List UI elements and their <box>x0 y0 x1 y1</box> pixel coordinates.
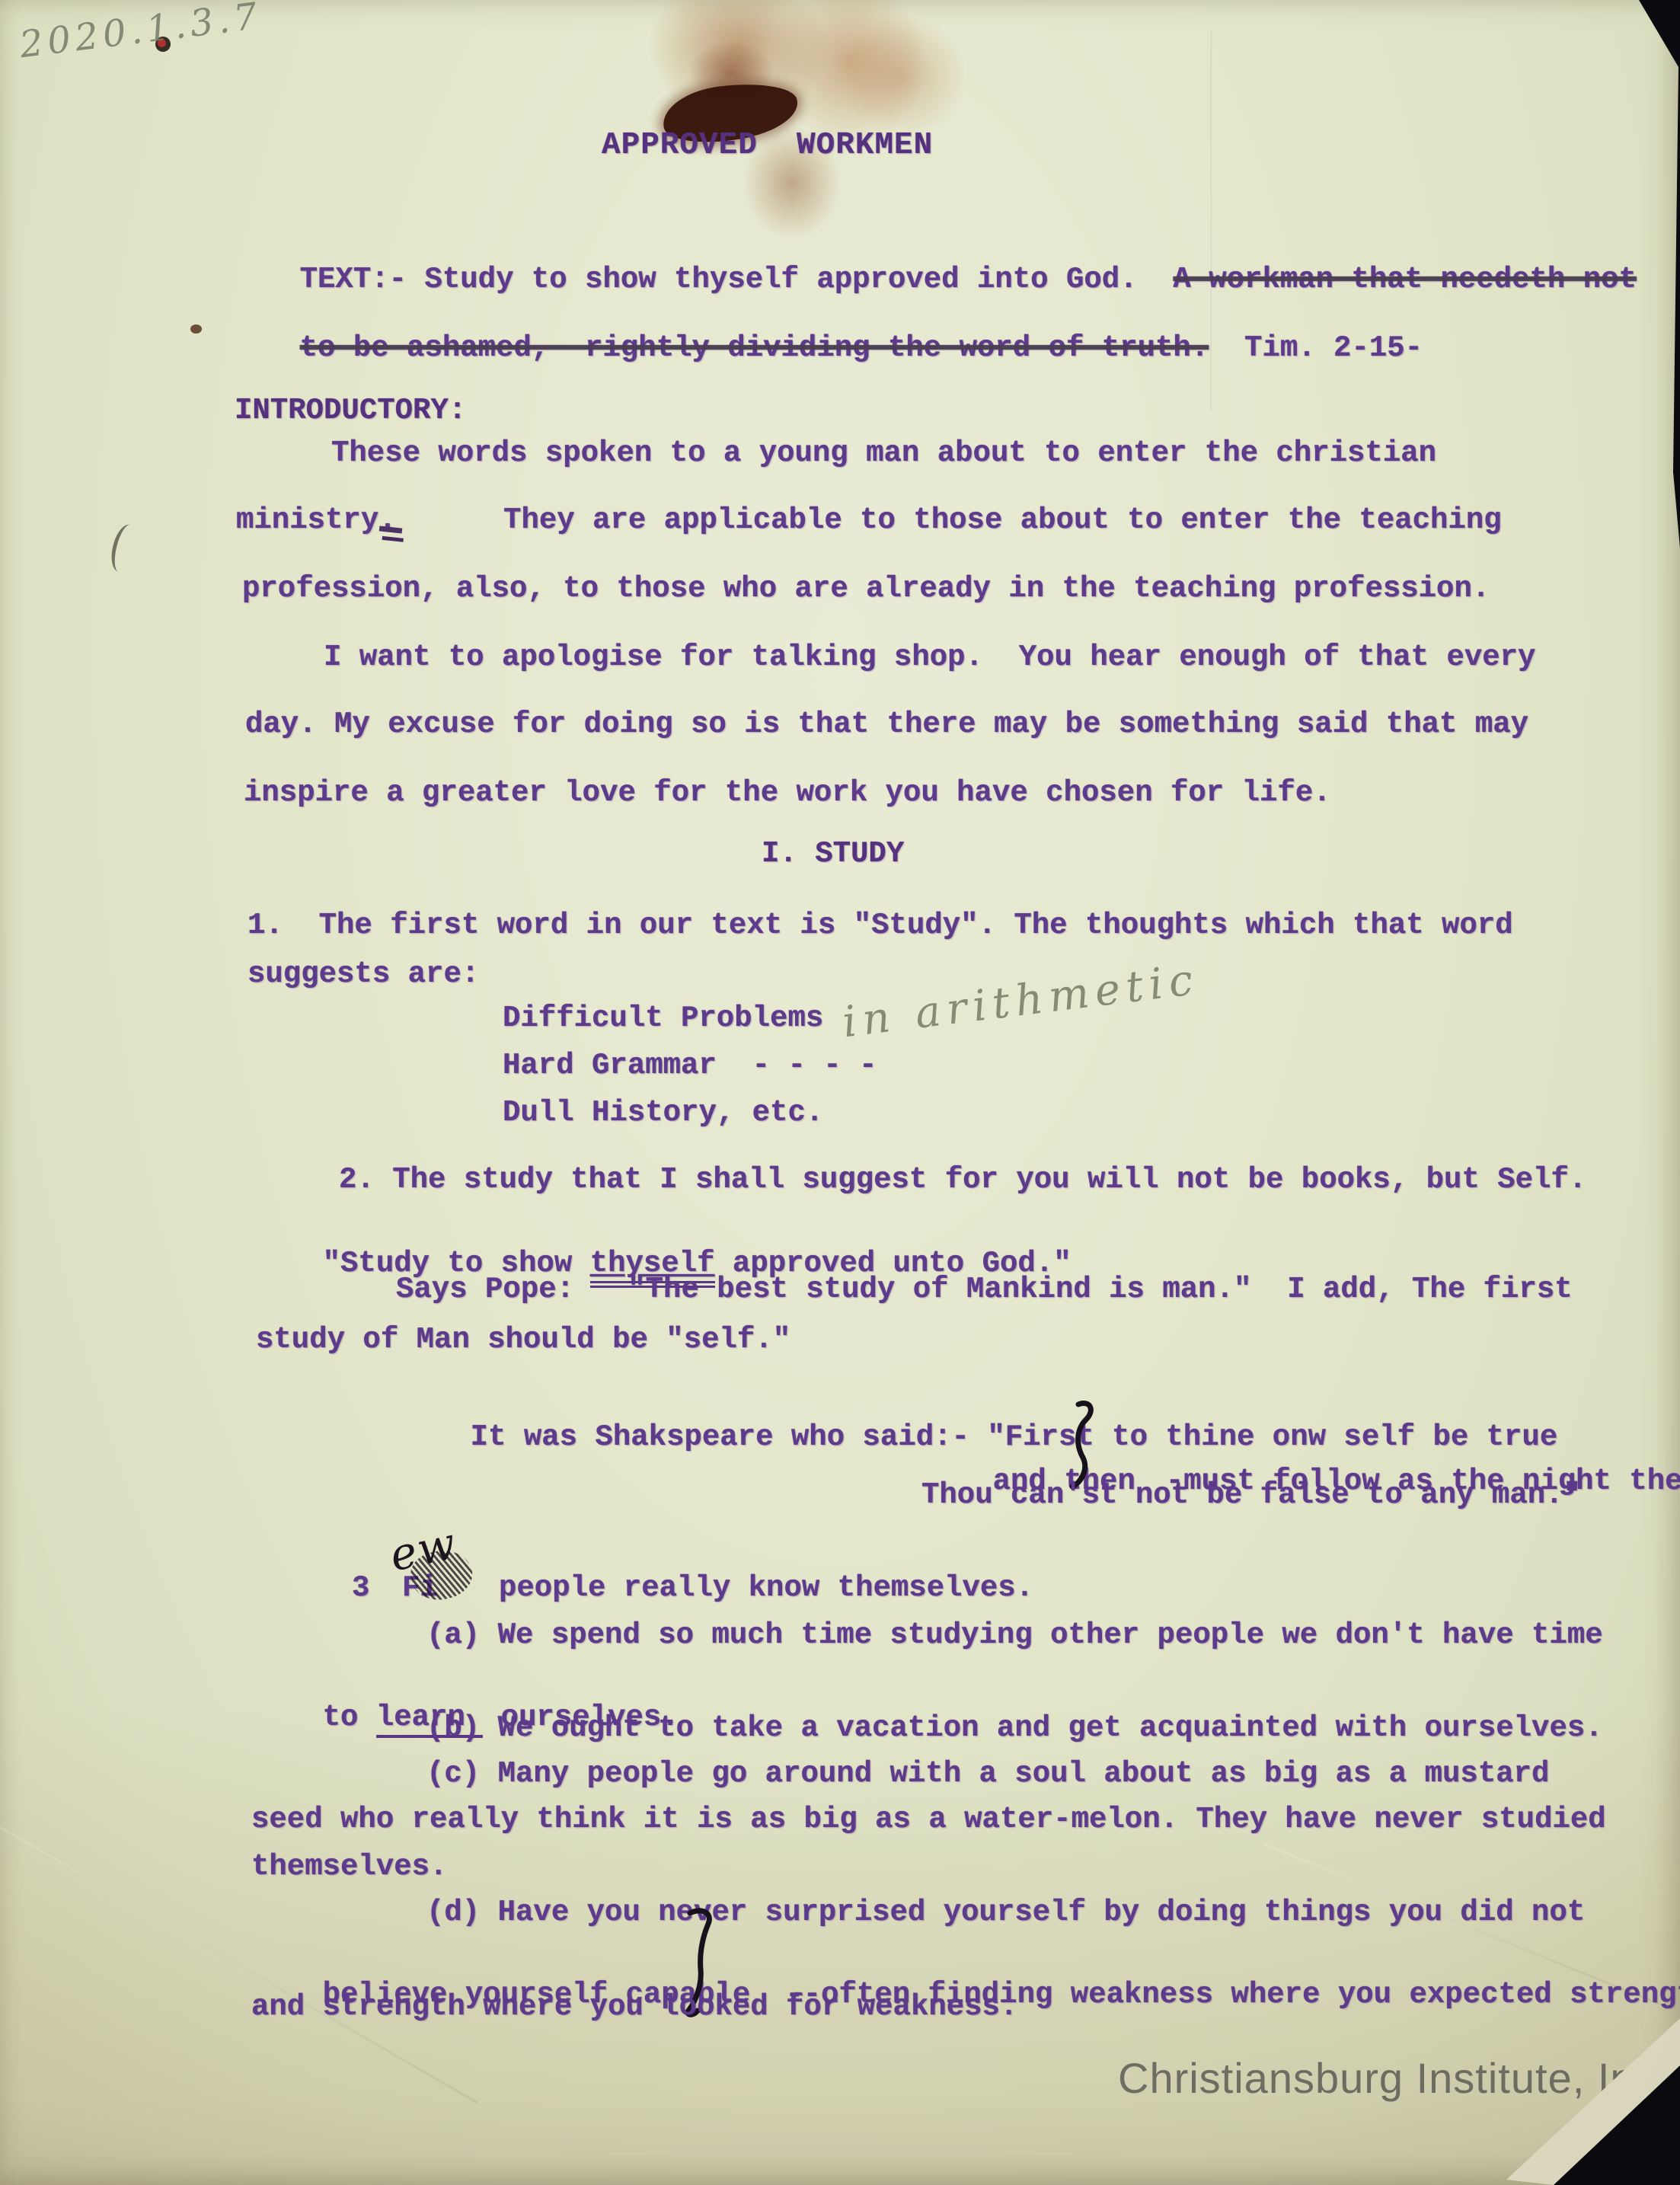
paragraph-line: people really know themselves. <box>499 1570 1033 1605</box>
sub-item-a: (a) We spend so much time studying other… <box>426 1618 1603 1653</box>
struck-text: to be ashamed, rightly dividing the word… <box>300 331 1209 365</box>
numbered-item-3: 3 <box>352 1570 369 1605</box>
scripture-reference: Tim. 2-15- <box>1209 331 1423 365</box>
attribution-text: It was Shakspeare who said:- <box>471 1420 988 1454</box>
paragraph-line: These words spoken to a young man about … <box>331 436 1436 471</box>
sub-item-c: (c) Many people go around with a soul ab… <box>426 1756 1549 1791</box>
page-title: APPROVED WORKMEN <box>602 128 933 163</box>
pope-quote-line2: study of Man should be "self." <box>256 1322 790 1357</box>
numbered-item-2: 2. The study that I shall suggest for yo… <box>339 1162 1586 1197</box>
sub-item-b: (b) We ought to take a vacation and get … <box>426 1711 1603 1746</box>
scripture-text-line2: to be ashamed, rightly dividing the word… <box>228 295 1423 401</box>
sub-item-c-cont2: themselves. <box>251 1849 447 1884</box>
paragraph-line: I want to apologise for talking shop. Yo… <box>324 640 1535 675</box>
sub-item-d-cont2: and strength where you looked for weakne… <box>251 1989 1017 2024</box>
numbered-item-1: 1. The first word in our text is "Study"… <box>248 908 1513 943</box>
paragraph-line: day. My excuse for doing so is that ther… <box>245 707 1528 742</box>
sub-item-c-cont: seed who really think it is as big as a … <box>251 1802 1606 1837</box>
paragraph-line: profession, also, to those who are alrea… <box>242 571 1490 606</box>
list-item: Hard Grammar - - - - <box>503 1048 877 1083</box>
pope-quote-line1: Says Pope: "The best study of Mankind is… <box>396 1272 1573 1307</box>
paragraph-line: ministry. They are applicable to those a… <box>236 503 1502 538</box>
section-heading-introductory: INTRODUCTORY: <box>235 393 466 428</box>
document-scan: 2020.1.3.7 APPROVED WORKMEN TEXT:- Study… <box>0 0 1680 2185</box>
struck-text: A workman that needeth not <box>1173 263 1637 296</box>
archive-watermark: Christiansburg Institute, Inc <box>1118 2053 1657 2103</box>
scripture-text: TEXT:- Study to show thyself approved in… <box>300 263 1174 296</box>
section-heading-study: I. STUDY <box>762 836 904 871</box>
list-item: Dull History, etc. <box>503 1095 823 1130</box>
list-item: Difficult Problems <box>503 1001 823 1036</box>
paper-speck <box>190 324 202 334</box>
paragraph-line: suggests are: <box>248 957 479 992</box>
sub-item-d: (d) Have you never surprised yourself by… <box>426 1895 1585 1930</box>
paragraph-line: inspire a greater love for the work you … <box>244 775 1331 810</box>
shakespeare-quote-line3: Thou can'st not be false to any man." <box>921 1477 1581 1513</box>
body-text: to <box>323 1701 376 1734</box>
